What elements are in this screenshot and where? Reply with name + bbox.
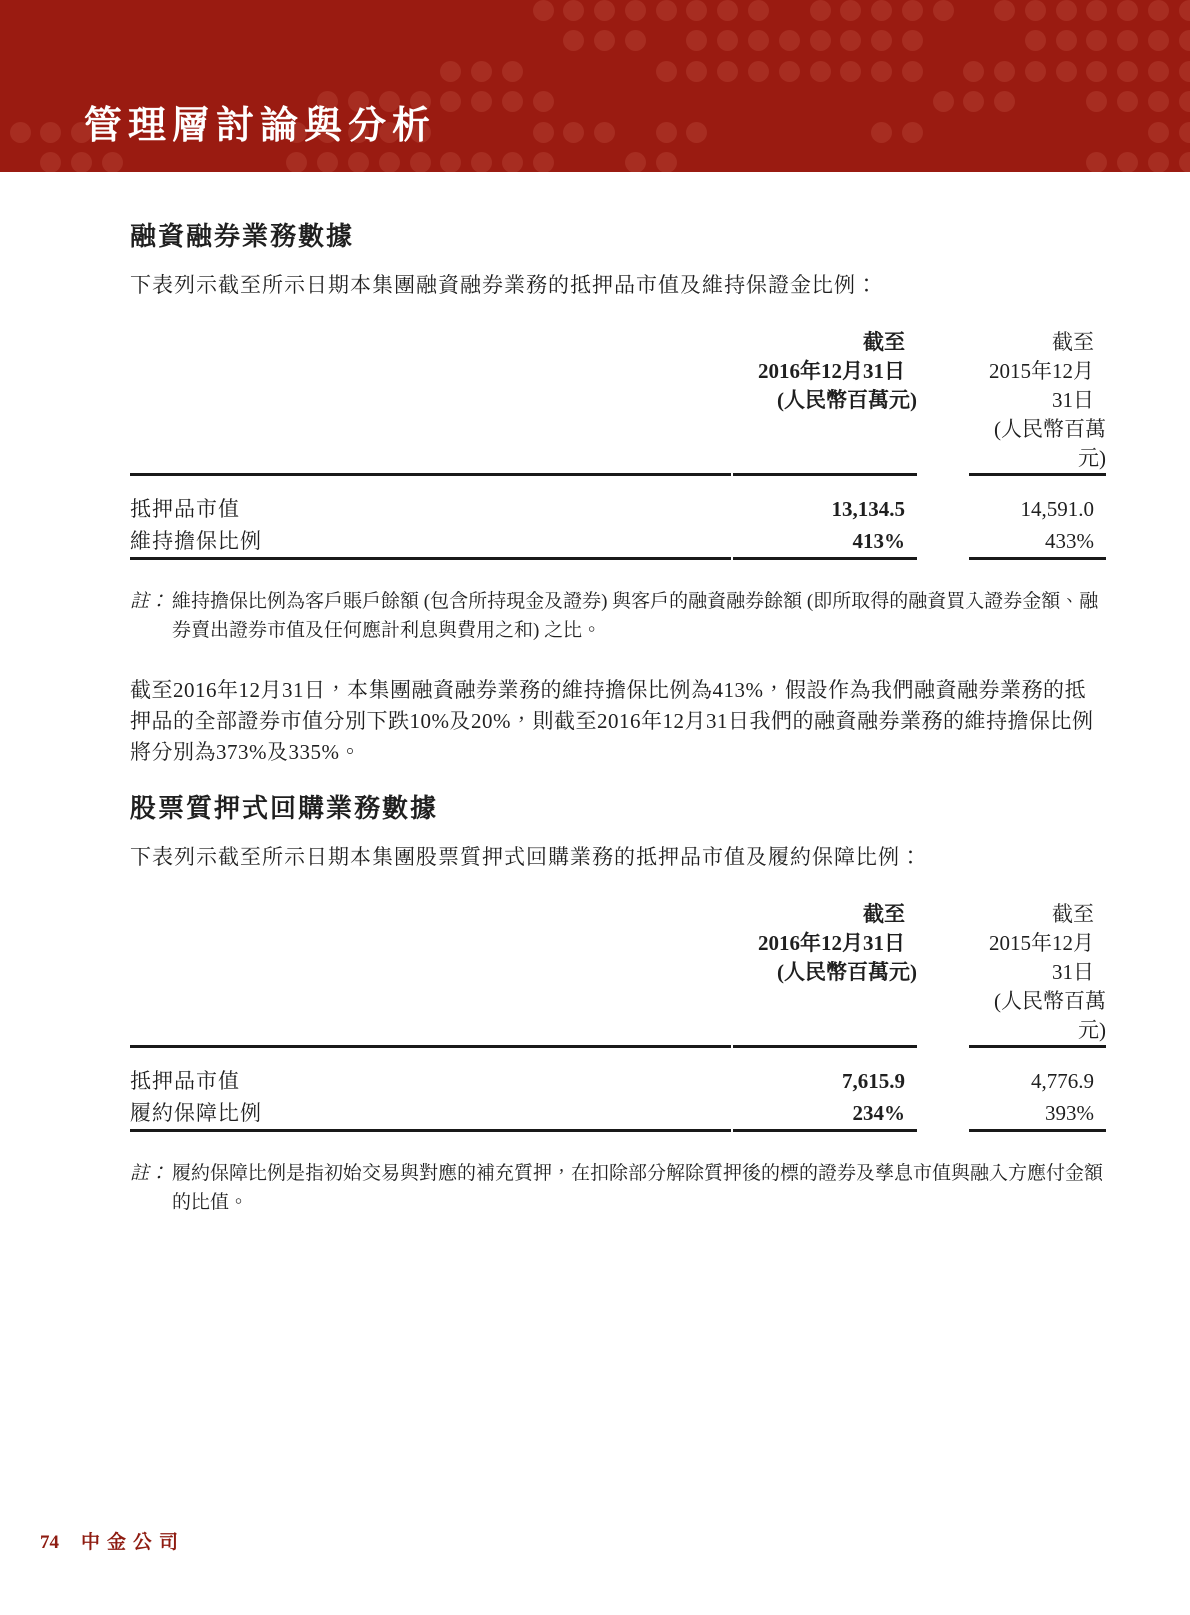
banner-dot [440,152,461,173]
banner-dot [810,0,831,21]
page-title: 管理層討論與分析 [84,102,436,151]
banner-dot [840,30,861,51]
row-value-2015: 393% [969,1097,1106,1129]
banner-dot [1086,0,1107,21]
banner-dot [810,30,831,51]
section-heading: 融資融券業務數據 [130,223,1106,250]
banner-dot [317,152,338,173]
page-footer: 74中金公司 [40,1527,185,1554]
banner-dot [1086,30,1107,51]
banner-dot [963,61,984,82]
banner-dot [563,30,584,51]
header-period-label: 截至 [969,328,1106,357]
header-date: 2015年12月31日 [969,929,1106,987]
banner-dot [410,152,431,173]
banner-dot [1179,30,1190,51]
banner-dot [1056,0,1077,21]
page-banner: 管理層討論與分析 [0,0,1190,172]
table-header-rule [130,1045,1106,1048]
row-gutter [917,525,969,557]
table-row: 維持擔保比例 413% 433% [130,525,1106,557]
row-gutter [917,1065,969,1097]
banner-dot [1056,61,1077,82]
section-intro: 下表列示截至所示日期本集團股票質押式回購業務的抵押品市值及履約保障比例： [130,844,1106,870]
banner-dot [379,152,400,173]
table-header: 截至 2016年12月31日 (人民幣百萬元) 截至 2015年12月31日 (… [130,328,1106,473]
banner-dot [933,0,954,21]
banner-dot [40,122,61,143]
header-unit: (人民幣百萬元) [733,958,917,987]
company-name: 中金公司 [81,1532,185,1553]
table-row: 抵押品市值 13,134.5 14,591.0 [130,493,1106,525]
banner-dot [1179,152,1190,173]
banner-dot [717,61,738,82]
banner-dot [1148,91,1169,112]
banner-dot [594,30,615,51]
table-row: 抵押品市值 7,615.9 4,776.9 [130,1065,1106,1097]
banner-dot [1179,61,1190,82]
banner-dot [625,0,646,21]
page-number: 74 [40,1532,59,1553]
header-date: 2016年12月31日 [733,929,917,958]
banner-dot [994,61,1015,82]
banner-dot [1179,122,1190,143]
row-value-2015: 433% [969,525,1106,557]
banner-dot [840,61,861,82]
header-col-2015: 截至 2015年12月31日 (人民幣百萬元) [969,328,1106,473]
page-content: 融資融券業務數據 下表列示截至所示日期本集團融資融券業務的抵押品市值及維持保證金… [0,172,1190,1217]
report-page: 管理層討論與分析 融資融券業務數據 下表列示截至所示日期本集團融資融券業務的抵押… [0,0,1190,1615]
header-unit: (人民幣百萬元) [969,415,1106,473]
banner-dot [1179,91,1190,112]
banner-dot [348,152,369,173]
banner-dot [563,0,584,21]
banner-dot [1148,30,1169,51]
table-note: 註： 履約保障比例是指初始交易與對應的補充質押，在扣除部分解除質押後的標的證券及… [130,1159,1106,1217]
header-period-label: 截至 [733,328,917,357]
banner-dot [563,122,584,143]
section-stock-pledge-repo: 股票質押式回購業務數據 下表列示截至所示日期本集團股票質押式回購業務的抵押品市值… [130,795,1106,1217]
header-spacer [130,328,733,473]
banner-dot [1056,30,1077,51]
banner-dot [902,122,923,143]
banner-dot [963,91,984,112]
table-row: 履約保障比例 234% 393% [130,1097,1106,1129]
header-col-2016: 截至 2016年12月31日 (人民幣百萬元) [733,328,917,473]
banner-dot [748,61,769,82]
banner-dot [686,0,707,21]
banner-dot [686,30,707,51]
banner-dot [502,152,523,173]
banner-dot [10,122,31,143]
row-label: 履約保障比例 [130,1097,733,1129]
row-label: 抵押品市值 [130,1065,733,1097]
banner-dot [471,152,492,173]
banner-dot [625,152,646,173]
header-spacer [130,900,733,1045]
table-header: 截至 2016年12月31日 (人民幣百萬元) 截至 2015年12月31日 (… [130,900,1106,1045]
banner-dot [902,30,923,51]
banner-dot [1148,152,1169,173]
note-text: 維持擔保比例為客戶賬戶餘額 (包含所持現金及證券) 與客戶的融資融券餘額 (即所… [172,587,1106,645]
banner-dot [1148,61,1169,82]
banner-dot [1148,122,1169,143]
banner-dot [1117,152,1138,173]
banner-dot [933,91,954,112]
banner-dot [533,0,554,21]
banner-dot [71,152,92,173]
margin-financing-table: 截至 2016年12月31日 (人民幣百萬元) 截至 2015年12月31日 (… [130,328,1106,560]
banner-dot [779,61,800,82]
banner-dot [1086,152,1107,173]
banner-dot [656,61,677,82]
row-value-2016: 413% [733,525,917,557]
banner-dot [533,91,554,112]
banner-dot [1025,61,1046,82]
header-col-2016: 截至 2016年12月31日 (人民幣百萬元) [733,900,917,1045]
banner-dot [471,61,492,82]
banner-dot [871,0,892,21]
banner-dot [656,152,677,173]
banner-dot [871,30,892,51]
banner-dot [1025,0,1046,21]
table-note: 註： 維持擔保比例為客戶賬戶餘額 (包含所持現金及證券) 與客戶的融資融券餘額 … [130,587,1106,645]
banner-dot [1117,30,1138,51]
banner-dot [533,122,554,143]
banner-dot [779,30,800,51]
stock-pledge-repo-table: 截至 2016年12月31日 (人民幣百萬元) 截至 2015年12月31日 (… [130,900,1106,1132]
banner-dot [625,30,646,51]
header-date: 2015年12月31日 [969,357,1106,415]
banner-dot [594,0,615,21]
banner-dot [1025,30,1046,51]
row-label: 維持擔保比例 [130,525,733,557]
banner-dot [594,122,615,143]
banner-dot [871,61,892,82]
banner-dot [656,122,677,143]
banner-dot [717,30,738,51]
header-unit: (人民幣百萬元) [733,386,917,415]
banner-dot [748,30,769,51]
banner-dot [471,91,492,112]
banner-dot [871,122,892,143]
note-label: 註： [130,1159,172,1217]
table-body: 抵押品市值 7,615.9 4,776.9 履約保障比例 234% 393% [130,1065,1106,1129]
table-header-rule [130,473,1106,476]
section-margin-financing: 融資融券業務數據 下表列示截至所示日期本集團融資融券業務的抵押品市值及維持保證金… [130,223,1106,768]
banner-dot [810,61,831,82]
row-gutter [917,493,969,525]
banner-dot [502,91,523,112]
section-intro: 下表列示截至所示日期本集團融資融券業務的抵押品市值及維持保證金比例： [130,272,1106,298]
banner-dot [902,61,923,82]
row-value-2015: 4,776.9 [969,1065,1106,1097]
banner-dot [286,152,307,173]
header-period-label: 截至 [733,900,917,929]
banner-dot [748,0,769,21]
header-col-2015: 截至 2015年12月31日 (人民幣百萬元) [969,900,1106,1045]
table-body: 抵押品市值 13,134.5 14,591.0 維持擔保比例 413% 433% [130,493,1106,557]
banner-dot [994,0,1015,21]
banner-dot [102,152,123,173]
banner-dot [1179,0,1190,21]
table-bottom-rule [130,1129,1106,1132]
section-heading: 股票質押式回購業務數據 [130,795,1106,822]
banner-dot [40,152,61,173]
note-text: 履約保障比例是指初始交易與對應的補充質押，在扣除部分解除質押後的標的證券及孳息市… [172,1159,1106,1217]
header-period-label: 截至 [969,900,1106,929]
banner-dot [1086,91,1107,112]
banner-dot [502,61,523,82]
banner-dot [533,152,554,173]
banner-dot [717,0,738,21]
row-value-2016: 7,615.9 [733,1065,917,1097]
header-unit: (人民幣百萬元) [969,987,1106,1045]
banner-dot [1148,0,1169,21]
header-gutter [917,328,969,473]
header-date: 2016年12月31日 [733,357,917,386]
banner-dot [1086,61,1107,82]
note-label: 註： [130,587,172,645]
banner-dot [902,0,923,21]
banner-dot [994,91,1015,112]
row-gutter [917,1097,969,1129]
body-paragraph: 截至2016年12月31日，本集團融資融券業務的維持擔保比例為413%，假設作為… [130,675,1106,768]
banner-dot [686,61,707,82]
banner-dot [440,61,461,82]
banner-dot [1117,0,1138,21]
header-gutter [917,900,969,1045]
banner-dot [686,122,707,143]
row-value-2016: 234% [733,1097,917,1129]
row-value-2016: 13,134.5 [733,493,917,525]
row-label: 抵押品市值 [130,493,733,525]
row-value-2015: 14,591.0 [969,493,1106,525]
banner-dot [656,0,677,21]
table-bottom-rule [130,557,1106,560]
banner-dot [1117,91,1138,112]
banner-dot [440,91,461,112]
banner-dot [1117,61,1138,82]
banner-dot [840,0,861,21]
